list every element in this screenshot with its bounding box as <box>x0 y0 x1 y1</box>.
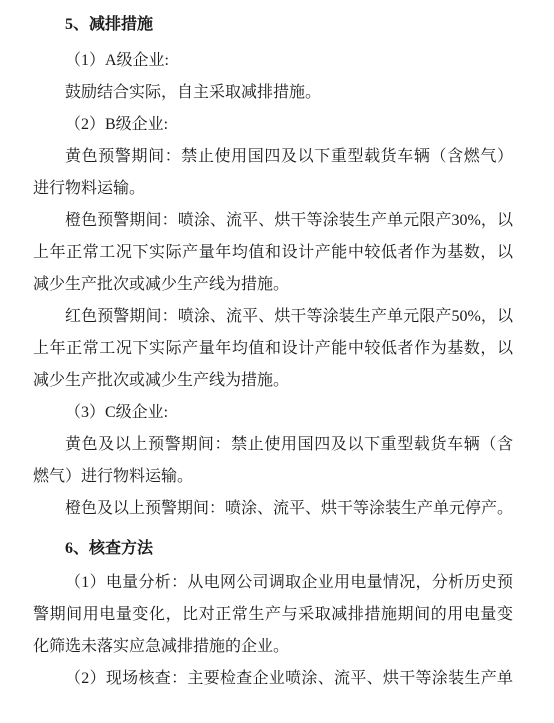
section-6-heading: 6、核查方法 <box>33 533 513 565</box>
doc-line: 黄色预警期间：禁止使用国四及以下重型载货车辆（含燃气） <box>33 141 513 173</box>
document-body: 5、减排措施 （1）A级企业: 鼓励结合实际，自主采取减排措施。 （2）B级企业… <box>33 9 513 695</box>
doc-line: 燃气）进行物料运输。 <box>33 461 513 493</box>
doc-line: （1）电量分析：从电网公司调取企业用电量情况，分析历史预 <box>33 567 513 599</box>
doc-line: 上年正常工况下实际产量年均值和设计产能中较低者作为基数，以 <box>33 333 513 365</box>
section-5-heading: 5、减排措施 <box>33 9 513 41</box>
document-page: 5、减排措施 （1）A级企业: 鼓励结合实际，自主采取减排措施。 （2）B级企业… <box>0 0 554 723</box>
doc-line: 黄色及以上预警期间：禁止使用国四及以下重型载货车辆（含 <box>33 429 513 461</box>
doc-line: （2）现场核查：主要检查企业喷涂、流平、烘干等涂装生产单 <box>33 663 513 695</box>
doc-line: 橙色及以上预警期间：喷涂、流平、烘干等涂装生产单元停产。 <box>33 493 513 525</box>
doc-line: 减少生产批次或减少生产线为措施。 <box>33 365 513 397</box>
doc-line: 警期间用电量变化，比对正常生产与采取减排措施期间的用电量变 <box>33 599 513 631</box>
doc-line: （1）A级企业: <box>33 45 513 77</box>
doc-line: （2）B级企业: <box>33 109 513 141</box>
doc-line: 橙色预警期间：喷涂、流平、烘干等涂装生产单元限产30%，以 <box>33 205 513 237</box>
doc-line: 红色预警期间：喷涂、流平、烘干等涂装生产单元限产50%，以 <box>33 301 513 333</box>
doc-line: 进行物料运输。 <box>33 173 513 205</box>
doc-line: （3）C级企业: <box>33 397 513 429</box>
doc-line: 上年正常工况下实际产量年均值和设计产能中较低者作为基数，以 <box>33 237 513 269</box>
doc-line: 鼓励结合实际，自主采取减排措施。 <box>33 77 513 109</box>
doc-line: 减少生产批次或减少生产线为措施。 <box>33 269 513 301</box>
doc-line: 化筛选未落实应急减排措施的企业。 <box>33 631 513 663</box>
